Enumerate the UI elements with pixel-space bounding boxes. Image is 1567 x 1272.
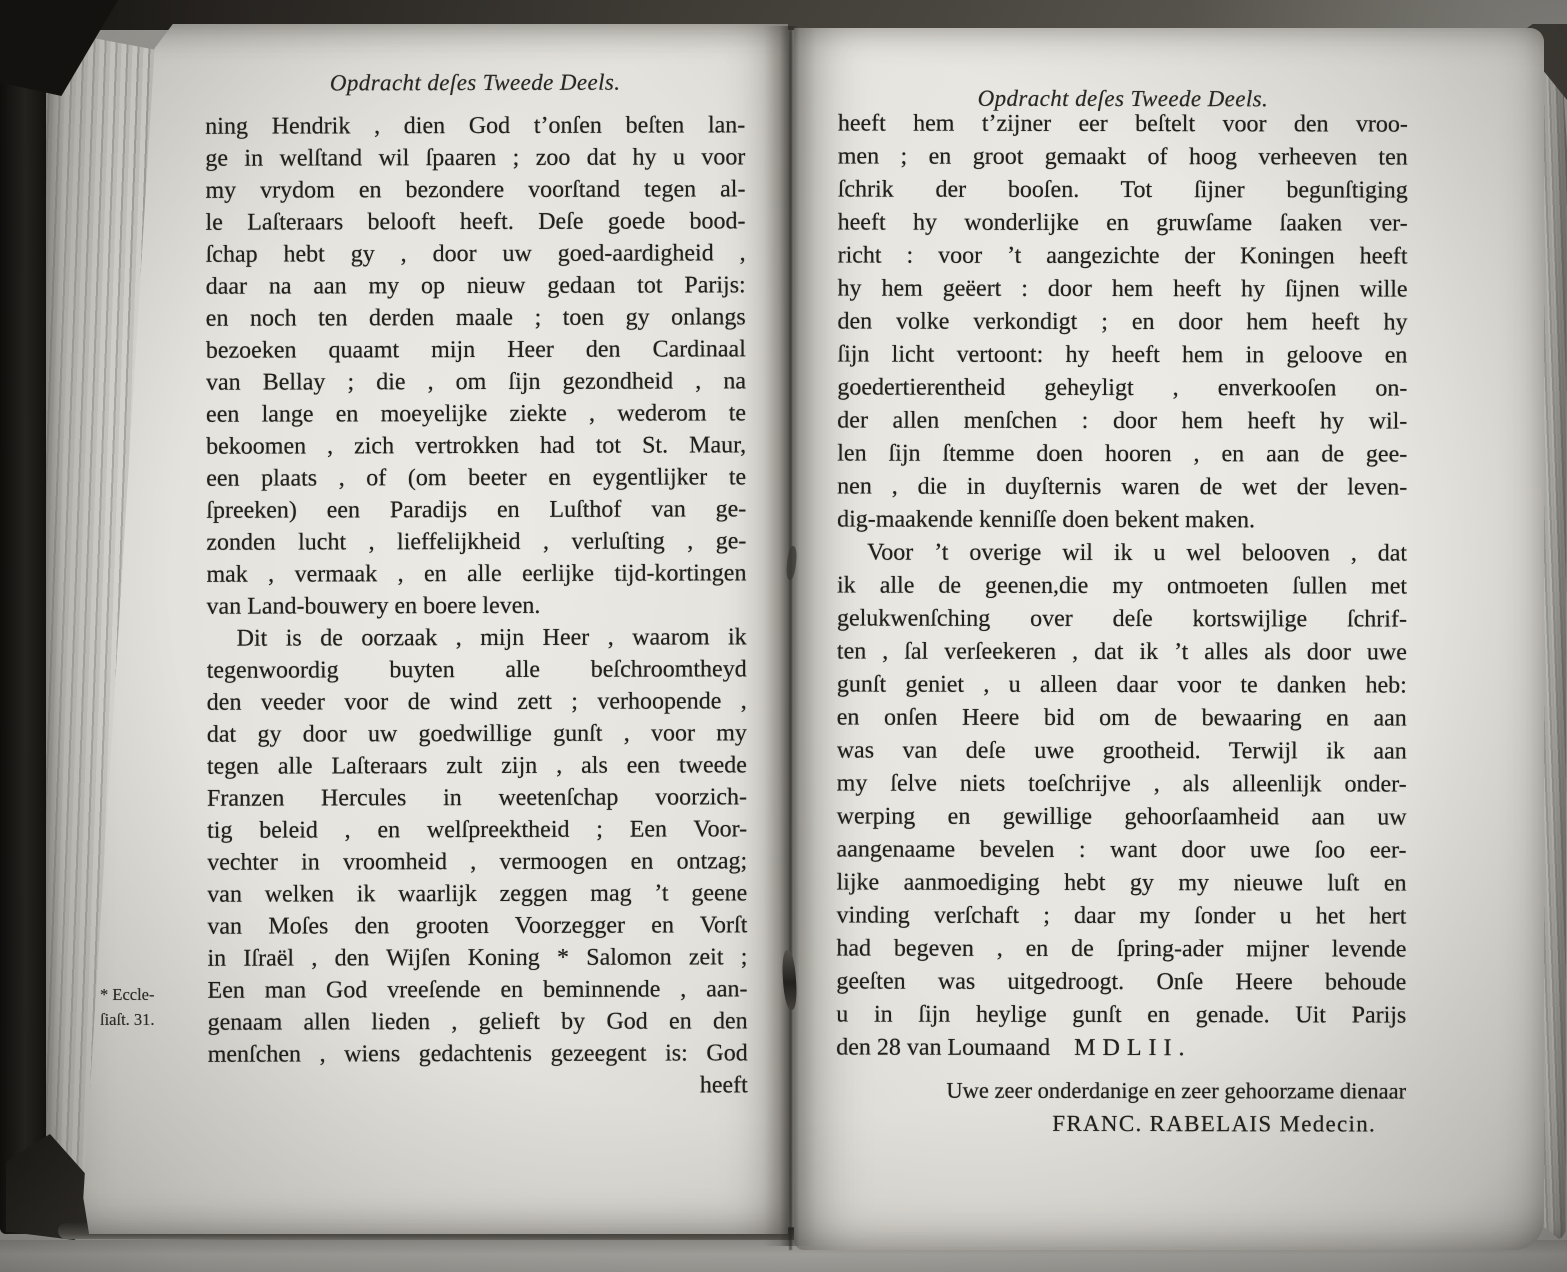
italic-text-segment: Parijs: [684, 272, 745, 298]
text-line: van Bellay ; die , om ſijn gezondheid , … [206, 365, 746, 398]
text-segment: daar na aan my op nieuw gedaan tot [206, 272, 685, 299]
left-page-textblock: ning Hendrik , dien God t’onſen beſten l… [205, 109, 748, 1102]
text-segment: gunſt geniet , u alleen daar voor te dan… [837, 672, 1407, 699]
text-segment: den veeder voor de wind zett ; verhoopen… [207, 688, 747, 715]
text-segment: den 28 van [836, 1035, 947, 1061]
text-line: my ſelve niets toeſchrijve , als alleenl… [837, 768, 1407, 802]
text-line: heeft hy wonderlijke en gruwſame ſaaken … [838, 207, 1408, 241]
margin-note: * Eccle- ſiaſt. 31. [100, 982, 210, 1032]
italic-text-segment: St. Maur, [642, 432, 746, 458]
book-photo: * Eccle- ſiaſt. 31. Opdracht deſes Tweed… [0, 0, 1567, 1272]
text-segment: aangenaame bevelen : want door uwe ſoo e… [837, 837, 1407, 864]
italic-text-segment: Salomon [586, 944, 671, 970]
text-line: was van deſe uwe grootheid. Terwijl ik a… [837, 735, 1407, 769]
italic-text-segment: Moſes [268, 913, 328, 939]
text-segment: lijke aanmoediging hebt gy my nieuwe luſ… [836, 870, 1406, 897]
text-segment: werping en gewillige gehoorſaamheid aan … [837, 804, 1407, 831]
right-page-textblock: heeft hem t’zijner eer beſtelt voor den … [836, 108, 1408, 1141]
text-line: hy hem geëert : door hem heeft hy ſijnen… [838, 273, 1408, 307]
text-segment: den volke verkondigt ; en door hem heeft… [837, 309, 1407, 336]
italic-text-segment: Bellay [263, 369, 326, 395]
text-line: men ; en groot gemaakt of hoog verheeven… [838, 141, 1408, 175]
text-segment: mak , vermaak , en alle eerlijke tijd-ko… [206, 560, 746, 587]
text-segment: van [207, 914, 268, 940]
text-line: ning Hendrik , dien God t’onſen beſten l… [205, 109, 745, 142]
text-segment: ſchrik der booſen. Tot ſijner begunſtigi… [838, 177, 1408, 204]
text-segment: en onſen Heere bid om de bewaaring en aa… [837, 705, 1407, 732]
text-segment: richt : voor ’t aangezichte der Koningen… [838, 243, 1408, 270]
italic-text-segment: Hendrik [272, 113, 351, 139]
text-line: van welken ik waarlijk zeggen mag ’t gee… [207, 877, 747, 910]
text-line: len ſijn ſtemme doen hooren , en aan de … [837, 438, 1407, 472]
text-line: gunſt geniet , u alleen daar voor te dan… [837, 669, 1407, 703]
text-segment: , den Wijſen Koning * [294, 945, 586, 972]
margin-note-line: ſiaſt. 31. [100, 1007, 210, 1032]
text-segment: ge in welſtand wil ſpaaren ; zoo dat hy … [205, 144, 745, 171]
text-segment: Franzen [207, 785, 321, 811]
text-line: zonden lucht , lieffelijkheid , verluſti… [206, 525, 746, 558]
text-line: werping en gewillige gehoorſaamheid aan … [837, 801, 1407, 835]
text-line: mak , vermaak , en alle eerlijke tijd-ko… [206, 557, 746, 590]
text-segment: van [206, 370, 263, 396]
text-segment: FRANC. RABELAIS Medecin. [1052, 1111, 1376, 1137]
text-segment: vinding verſchaft ; daar my ſonder u het… [836, 903, 1406, 930]
text-line: bekoomen , zich vertrokken had tot St. M… [206, 429, 746, 462]
text-line: van Moſes den grooten Voorzegger en Vorſ… [207, 909, 747, 942]
text-line: ſpreeken) een Paradijs en Luſthof van ge… [206, 493, 746, 526]
text-line: heeft [208, 1069, 748, 1102]
text-segment: men ; en groot gemaakt of hoog verheeven… [838, 144, 1408, 171]
text-segment: goedertierentheid geheyligt , enverkooſe… [837, 375, 1407, 402]
text-segment: een plaats , of (om beeter en eygentlijk… [206, 464, 746, 491]
text-segment: ning [205, 114, 271, 140]
text-segment: vechter in vroomheid , vermoogen en ontz… [207, 848, 747, 875]
text-line: in Iſraël , den Wijſen Koning * Salomon … [207, 941, 747, 974]
left-page: * Eccle- ſiaſt. 31. Opdracht deſes Tweed… [60, 24, 788, 1234]
text-segment: den grooten Voorzegger en Vorſt [328, 912, 747, 939]
text-line: dig-maakende kenniſſe doen bekent maken. [837, 504, 1407, 538]
text-segment: tegen alle Laſteraars zult zijn , als ee… [207, 752, 747, 779]
italic-text-segment: Iſraël [243, 945, 294, 971]
text-segment: u in ſijn heylige gunſt en genade. Uit [836, 1002, 1351, 1029]
text-segment: nen , die in duyſternis waren de wet der… [837, 474, 1407, 501]
text-line: aangenaame bevelen : want door uwe ſoo e… [837, 834, 1407, 868]
text-line: Uwe zeer onderdanige en zeer gehoorzame … [836, 1074, 1406, 1108]
text-segment: ten , ſal verſeekeren , dat ik ’t alles … [837, 639, 1407, 666]
text-segment: gelukwenſching over deſe kortswijlige ſc… [837, 606, 1407, 633]
text-segment: ; die , om ſijn gezondheid , na [325, 368, 746, 395]
text-line: goedertierentheid geheyligt , enverkooſe… [837, 372, 1407, 406]
text-line: den veeder voor de wind zett ; verhoopen… [207, 685, 747, 718]
text-line: menſchen , wiens gedachtenis gezeegent i… [208, 1037, 748, 1070]
text-segment: van welken ik waarlijk zeggen mag ’t gee… [207, 880, 747, 907]
text-line: richt : voor ’t aangezichte der Koningen… [838, 240, 1408, 274]
text-line: vechter in vroomheid , vermoogen en ontz… [207, 845, 747, 878]
text-line: ſchrik der booſen. Tot ſijner begunſtigi… [838, 174, 1408, 208]
text-segment: , dien God t’onſen beſten lan- [350, 112, 745, 139]
text-segment: dig-maakende kenniſſe doen bekent maken. [837, 507, 1255, 534]
text-segment: genaam allen lieden , gelieft by God en … [208, 1008, 748, 1035]
text-segment: len ſijn ſtemme doen hooren , en aan de … [837, 441, 1407, 468]
text-line: en onſen Heere bid om de bewaaring en aa… [837, 702, 1407, 736]
text-line: nen , die in duyſternis waren de wet der… [837, 471, 1407, 505]
text-segment: hy hem geëert : door hem heeft hy ſijnen… [838, 276, 1408, 303]
text-line: den 28 van Loumaand MDLII. [836, 1032, 1406, 1066]
text-line: u in ſijn heylige gunſt en genade. Uit P… [836, 999, 1406, 1033]
text-segment: van Land-bouwery en boere leven. [206, 593, 540, 620]
text-line: een lange en moeyelijke ziekte , wederom… [206, 397, 746, 430]
text-segment: my ſelve niets toeſchrijve , als alleenl… [837, 771, 1407, 798]
text-line: gelukwenſching over deſe kortswijlige ſc… [837, 603, 1407, 637]
text-segment: in weetenſchap voorzich- [406, 784, 747, 811]
text-segment: ſchap hebt gy , door uw goed-aardigheid … [206, 240, 746, 267]
text-segment: was van deſe uwe grootheid. Terwijl ik a… [837, 738, 1407, 765]
italic-text-segment: Uwe zeer onderdanige en zeer gehoorzame … [946, 1078, 1406, 1104]
book-gutter-fold-line [789, 30, 792, 1250]
text-line: ſchap hebt gy , door uw goed-aardigheid … [206, 237, 746, 270]
text-line: Franzen Hercules in weetenſchap voorzich… [207, 781, 747, 814]
text-segment: tegenwoordig buyten alle beſchroomtheyd [207, 656, 747, 683]
text-line: der allen menſchen : door hem heeft hy w… [837, 405, 1407, 439]
text-segment: een lange en moeyelijke ziekte , wederom… [206, 400, 746, 427]
text-line: tig beleid , en welſpreektheid ; Een Voo… [207, 813, 747, 846]
italic-text-segment: Paradijs [390, 497, 467, 523]
text-segment: heeft [700, 1072, 748, 1098]
left-page-running-header: Opdracht deſes Tweede Deels. [205, 69, 745, 96]
text-line: ik alle de geenen,die my ontmoeten ſulle… [837, 570, 1407, 604]
text-segment: Dit is de oorzaak , mijn Heer , waarom i… [237, 624, 747, 651]
text-segment: dat gy door uw goedwillige gunſt , voor … [207, 720, 747, 747]
text-segment: der allen menſchen : door hem heeft hy w… [837, 408, 1407, 435]
text-segment [1050, 1035, 1074, 1061]
text-segment: Een man God vreeſende en beminnende , aa… [207, 976, 747, 1003]
text-segment: menſchen , wiens gedachtenis gezeegent i… [208, 1040, 748, 1067]
text-line: Voor ’t overige wil ik u wel belooven , … [837, 537, 1407, 571]
text-segment: bezoeken quaamt mijn Heer den [206, 337, 653, 364]
text-segment: en Luſthof van ge- [467, 496, 746, 523]
text-line: daar na aan my op nieuw gedaan tot Parij… [206, 269, 746, 302]
italic-text-segment: Loumaand [948, 1035, 1051, 1061]
text-segment: zeit ; [672, 944, 748, 970]
text-segment: my vrydom en bezondere voorſtand tegen a… [205, 176, 745, 203]
book-cover-left [0, 0, 46, 1234]
text-line: geeſten was uitgedroogt. Onſe Heere beho… [836, 966, 1406, 1000]
text-line: lijke aanmoediging hebt gy my nieuwe luſ… [836, 867, 1406, 901]
text-line: FRANC. RABELAIS Medecin. [836, 1107, 1406, 1141]
text-line: ge in welſtand wil ſpaaren ; zoo dat hy … [205, 141, 745, 174]
text-segment: le Laſteraars belooft heeft. Deſe goede … [205, 208, 745, 235]
text-segment: MDLII. [1074, 1035, 1191, 1061]
italic-text-segment: Hercules [321, 785, 406, 811]
text-line: tegen alle Laſteraars zult zijn , als ee… [207, 749, 747, 782]
text-segment: tig beleid , en welſpreektheid ; Een Voo… [207, 816, 747, 843]
text-line: genaam allen lieden , gelieft by God en … [208, 1005, 748, 1038]
text-segment: heeft hy wonderlijke en gruwſame ſaaken … [838, 210, 1408, 237]
text-line: Dit is de oorzaak , mijn Heer , waarom i… [207, 621, 747, 654]
text-segment: in [207, 946, 243, 972]
text-line: my vrydom en bezondere voorſtand tegen a… [205, 173, 745, 206]
text-line: Een man God vreeſende en beminnende , aa… [207, 973, 747, 1006]
text-line: vinding verſchaft ; daar my ſonder u het… [836, 900, 1406, 934]
text-segment: had begeven , en de ſpring-ader mijner l… [836, 936, 1406, 963]
text-line: heeft hem t’zijner eer beſtelt voor den … [838, 108, 1408, 142]
text-segment: geeſten was uitgedroogt. Onſe Heere beho… [836, 969, 1406, 996]
italic-text-segment: Parijs [1352, 1002, 1407, 1028]
italic-text-segment: Cardinaal [653, 336, 746, 362]
text-segment: Voor ’t overige wil ik u wel belooven , … [867, 540, 1407, 567]
text-line: tegenwoordig buyten alle beſchroomtheyd [207, 653, 747, 686]
text-line: en noch ten derden maale ; toen gy onlan… [206, 301, 746, 334]
text-line: van Land-bouwery en boere leven. [206, 589, 746, 622]
text-line: bezoeken quaamt mijn Heer den Cardinaal [206, 333, 746, 366]
text-segment: en noch ten derden maale ; toen gy onlan… [206, 304, 746, 331]
right-page: Opdracht deſes Tweede Deels. heeft hem t… [794, 28, 1544, 1250]
text-segment: heeft hem t’zijner eer beſtelt voor den … [838, 111, 1408, 138]
text-segment: ſpreeken) een [206, 497, 390, 523]
text-line: ſijn licht vertoont: hy heeft hem in gel… [837, 339, 1407, 373]
margin-note-line: * Eccle- [100, 982, 210, 1007]
text-line: had begeven , en de ſpring-ader mijner l… [836, 933, 1406, 967]
text-line: ten , ſal verſeekeren , dat ik ’t alles … [837, 636, 1407, 670]
text-segment: ik alle de geenen,die my ontmoeten ſulle… [837, 573, 1407, 600]
text-segment: bekoomen , zich vertrokken had tot [206, 433, 642, 460]
text-line: een plaats , of (om beeter en eygentlijk… [206, 461, 746, 494]
text-segment: zonden lucht , lieffelijkheid , verluſti… [206, 528, 746, 555]
text-segment: ſijn licht vertoont: hy heeft hem in gel… [837, 342, 1407, 369]
text-line: le Laſteraars belooft heeft. Deſe goede … [205, 205, 745, 238]
text-line: den volke verkondigt ; en door hem heeft… [837, 306, 1407, 340]
text-line: dat gy door uw goedwillige gunſt , voor … [207, 717, 747, 750]
right-page-text-column: Opdracht deſes Tweede Deels. heeft hem t… [838, 28, 1408, 29]
